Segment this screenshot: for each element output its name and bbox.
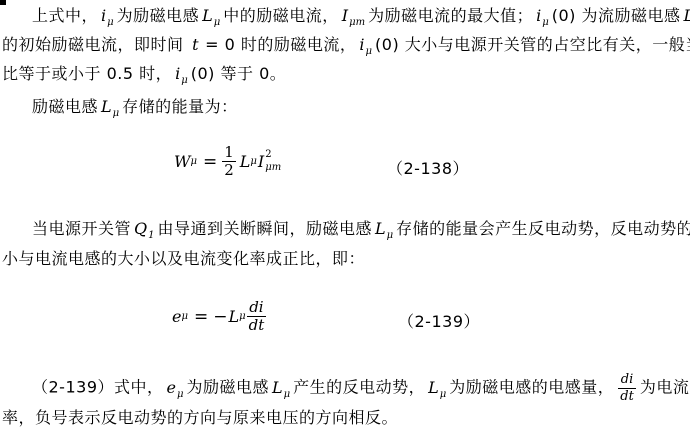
paragraph-4-line-1: （2-139）式中，eμ为励磁电感Lμ产生的反电动势，Lμ为励磁电感的电感量，d…: [32, 372, 690, 406]
equals-sign: =: [194, 307, 208, 327]
math-var-L: L: [228, 307, 239, 326]
math-var-L: L: [240, 152, 251, 171]
math-var-L: L: [101, 97, 112, 116]
fraction-one-half: 12: [222, 144, 236, 180]
text-run: (0) 等于 0。: [191, 64, 287, 83]
math-sub-1: 1: [148, 230, 154, 241]
math-sub-mu: μ: [542, 17, 549, 28]
math-var-e: e: [172, 307, 181, 326]
equation-number-2-138: （2-138）: [387, 156, 469, 179]
math-var-I: I: [342, 6, 348, 25]
fraction-numerator: di: [619, 372, 635, 388]
math-sub-mu: μ: [113, 108, 120, 119]
math-sup-2: 2: [265, 149, 271, 162]
equation-2-138: Wμ = 12 Lμ I2μm: [174, 144, 281, 180]
document-page: 上式中，iμ为励磁电感Lμ中的励磁电流，Iμm为励磁电流的最大值；iμ(0) 为…: [0, 0, 690, 434]
fraction-numerator: 1: [222, 144, 236, 161]
math-var-I: I: [258, 152, 264, 171]
equals-sign: =: [203, 152, 217, 172]
math-sub-mu: μ: [284, 389, 291, 400]
math-var-i: i: [175, 64, 180, 83]
text-run: 中的励磁电流，: [223, 6, 339, 25]
math-var-L: L: [272, 378, 283, 397]
text-run: 的初始励磁电流，即时间: [2, 35, 189, 54]
text-run: 为励磁电感的电感量，: [449, 378, 614, 397]
text-run: （2-139）式中，: [32, 378, 164, 397]
math-sub-mu: μ: [250, 156, 257, 167]
paragraph-3-line-1: 当电源开关管Q1由导通到关断瞬间，励磁电感Lμ存储的能量会产生反电动势，反电动势…: [32, 218, 690, 247]
text-run: 存储的能量会产生反电动势，反电动势的大: [396, 219, 690, 238]
math-sub-mu: μ: [177, 389, 184, 400]
inline-fraction-di-dt: didt: [618, 372, 636, 404]
scan-artifact-corner: [0, 0, 6, 5]
fraction-denominator: dt: [618, 388, 636, 405]
math-var-L: L: [202, 6, 213, 25]
text-run: 存储的能量为：: [122, 97, 238, 116]
math-sub-mu-m: μm: [349, 17, 365, 28]
math-sub-mu: μ: [440, 389, 447, 400]
math-sub-mu: μ: [214, 17, 221, 28]
paragraph-4-line-2: 率，负号表示反电动势的方向与原来电压的方向相反。: [2, 407, 398, 429]
text-run: 当电源开关管: [32, 219, 131, 238]
math-sub-mu: μ: [190, 156, 197, 167]
fraction-numerator: di: [247, 299, 265, 316]
math-sub-mu: μ: [181, 75, 188, 86]
paragraph-3-line-2: 小与电流电感的大小以及电流变化率成正比，即：: [2, 248, 365, 270]
math-sub-mu: μ: [239, 311, 246, 322]
paragraph-1-line-1: 上式中，iμ为励磁电感Lμ中的励磁电流，Iμm为励磁电流的最大值；iμ(0) 为…: [32, 5, 690, 34]
text-run: 上式中，: [32, 6, 98, 25]
paragraph-1-line-3: 比等于或小于 0.5 时，iμ(0) 等于 0。: [2, 63, 286, 92]
math-sub-mu: μ: [387, 230, 394, 241]
paragraph-1-line-2: 的初始励磁电流，即时间 t = 0 时的励磁电流，iμ(0) 大小与电源开关管的…: [2, 34, 690, 63]
text-run: 励磁电感: [32, 97, 98, 116]
math-var-Q: Q: [134, 219, 147, 238]
superscript-subscript-stack: 2μm: [265, 149, 281, 174]
text-run: (0) 大小与电源开关管的占空比有关，一般当占空: [375, 35, 690, 54]
equation-2-139: eμ = − Lμ didt: [172, 299, 270, 335]
math-var-L: L: [375, 219, 386, 238]
math-var-L: L: [428, 378, 439, 397]
text-run: = 0 时的励磁电流，: [200, 35, 357, 54]
math-sub-mu-m: μm: [265, 162, 281, 175]
equation-number-2-139: （2-139）: [398, 309, 480, 332]
text-run: (0) 为流励磁电感: [552, 6, 681, 25]
text-run: 为电流变化: [640, 378, 690, 397]
text-run: 产生的反电动势，: [293, 378, 425, 397]
text-run: 为励磁电流的最大值；: [368, 6, 533, 25]
math-var-i: i: [359, 35, 364, 54]
paragraph-2: 励磁电感Lμ存储的能量为：: [32, 96, 238, 125]
text-run: 由导通到关断瞬间，励磁电感: [158, 219, 373, 238]
fraction-denominator: 2: [222, 161, 236, 179]
math-var-W: W: [174, 152, 190, 171]
text-run: 小与电流电感的大小以及电流变化率成正比，即：: [2, 249, 365, 268]
math-var-t: t: [192, 35, 198, 54]
math-sub-mu: μ: [366, 46, 373, 57]
text-run: 为励磁电感: [186, 378, 269, 397]
math-sub-mu: μ: [181, 311, 188, 322]
math-var-e: e: [167, 378, 176, 397]
text-run: 率，负号表示反电动势的方向与原来电压的方向相反。: [2, 408, 398, 427]
math-var-L: L: [684, 6, 690, 25]
math-var-i: i: [101, 6, 106, 25]
fraction-di-dt: didt: [247, 299, 267, 335]
text-run: 为励磁电感: [117, 6, 200, 25]
fraction-denominator: dt: [247, 316, 267, 334]
math-var-i: i: [536, 6, 541, 25]
math-sub-mu: μ: [107, 17, 114, 28]
minus-sign: −: [213, 307, 227, 327]
text-run: 比等于或小于 0.5 时，: [2, 64, 172, 83]
